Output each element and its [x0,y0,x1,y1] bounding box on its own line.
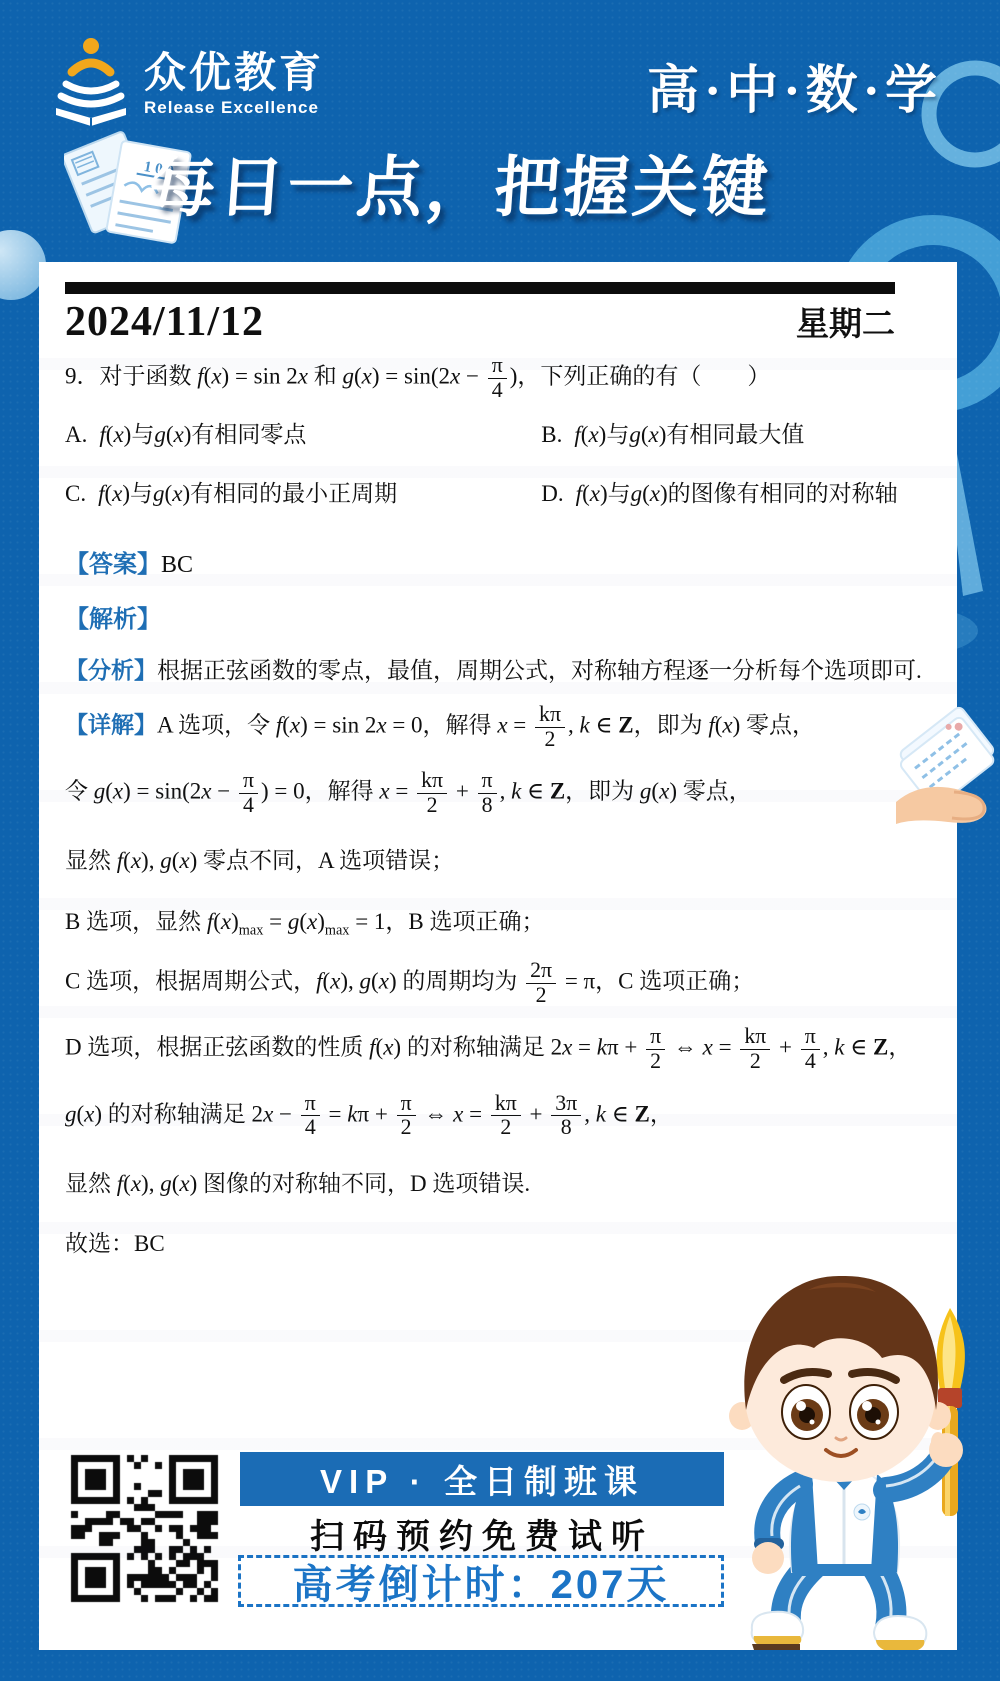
subject-title: 高·中·数·学 [647,48,942,123]
fraction: π4 [801,1025,820,1073]
detail-lines: 【详解】A 选项，令 f(x) = sin 2x = 0，解得 x = kπ2,… [65,703,931,1260]
option-label: C. [65,481,86,507]
method-text: 根据正弦函数的零点，最值，周期公式，对称轴方程逐一分析每个选项即可. [157,658,922,683]
date-row: 2024/11/12 星期二 [65,298,895,346]
option-text: f(x)与g(x)有相同的最小正周期 [98,481,397,506]
analysis-row: 【解析】 [65,599,931,634]
answer-label: 【答案】 [65,552,161,578]
fraction: π4 [301,1092,320,1140]
option-text: f(x)与g(x)有相同零点 [99,422,306,447]
qr-code [69,1453,223,1607]
card-body: 2024/11/12 星期二 9．对于函数 f(x) = sin 2x 和 g(… [39,282,957,1260]
detail-label: 【详解】 [65,713,157,738]
scan-cta-text: 扫码预约免费试听 [240,1509,724,1558]
analysis-label: 【解析】 [65,607,161,633]
question-text: 9．对于函数 f(x) = sin 2x 和 g(x) = sin(2x − π… [65,354,931,402]
poster-title: 每日一点，把握关键 [147,134,775,229]
header: 众优教育 Release Excellence 高·中·数·学 1 0 0 [0,0,1000,262]
solution-line-6: D 选项，根据正弦函数的性质 f(x) 的对称轴满足 2x = kπ + π2 … [65,1025,931,1073]
fraction: π2 [397,1092,416,1140]
book-person-logo-icon [52,36,130,133]
hand-with-papers-icon [894,706,1000,856]
solution-line-2: 令 g(x) = sin(2x − π4) = 0，解得 x = kπ2 + π… [65,769,931,817]
option-d: D.f(x)与g(x)的图像有相同的对称轴 [541,475,931,508]
vip-banner: VIP · 全日制班课 [240,1452,724,1506]
solution-line-1: 【详解】A 选项，令 f(x) = sin 2x = 0，解得 x = kπ2,… [65,703,931,751]
solution-line-7: g(x) 的对称轴满足 2x − π4 = kπ + π2 ⇔ x = kπ2 … [65,1092,931,1140]
brand-text-block: 众优教育 Release Excellence [144,51,324,118]
brand-tagline: Release Excellence [144,98,324,118]
fraction: 2π2 [526,959,556,1007]
option-label: A. [65,422,87,448]
answer-value: BC [161,552,193,578]
option-b: B.f(x)与g(x)有相同最大值 [541,416,931,449]
brand-name: 众优教育 [144,51,324,95]
fraction: π8 [478,769,497,817]
solution-line-5: C 选项，根据周期公式，f(x), g(x) 的周期均为 2π2 = π，C 选… [65,959,931,1007]
date-text: 2024/11/12 [65,298,264,346]
fraction: 3π8 [551,1092,581,1140]
option-text: f(x)与g(x)有相同最大值 [574,422,804,447]
top-rule [65,282,895,294]
method-label: 【分析】 [65,658,157,683]
option-a: A.f(x)与g(x)有相同零点 [65,416,541,449]
option-label: D. [541,481,563,507]
option-text: f(x)与g(x)的图像有相同的对称轴 [576,481,898,506]
fraction: kπ2 [740,1025,770,1073]
option-c: C.f(x)与g(x)有相同的最小正周期 [65,475,541,508]
option-label: B. [541,422,562,448]
mascot-boy-illustration [688,1250,1000,1662]
method-row: 【分析】根据正弦函数的零点，最值，周期公式，对称轴方程逐一分析每个选项即可. [65,652,931,685]
answer-row: 【答案】BC [65,544,931,579]
fraction: π2 [646,1025,665,1073]
fraction: π4 [239,769,258,817]
fraction: π4 [488,354,507,402]
poster: { "header": { "brand": "众优教育", "brand_su… [0,0,1000,1681]
fraction: kπ2 [417,769,447,817]
solution-line-4: B 选项，显然 f(x)max = g(x)max = 1，B 选项正确； [65,906,931,942]
options-grid: A.f(x)与g(x)有相同零点B.f(x)与g(x)有相同最大值C.f(x)与… [65,416,931,508]
solution-line-8: 显然 f(x), g(x) 图像的对称轴不同，D 选项错误. [65,1168,931,1200]
gaokao-countdown: 高考倒计时：207天 [238,1555,724,1607]
fraction: kπ2 [535,703,565,751]
fraction: kπ2 [491,1092,521,1140]
brand-logo: 众优教育 Release Excellence [52,36,324,133]
weekday-text: 星期二 [796,298,895,345]
solution-line-3: 显然 f(x), g(x) 零点不同，A 选项错误； [65,845,931,877]
